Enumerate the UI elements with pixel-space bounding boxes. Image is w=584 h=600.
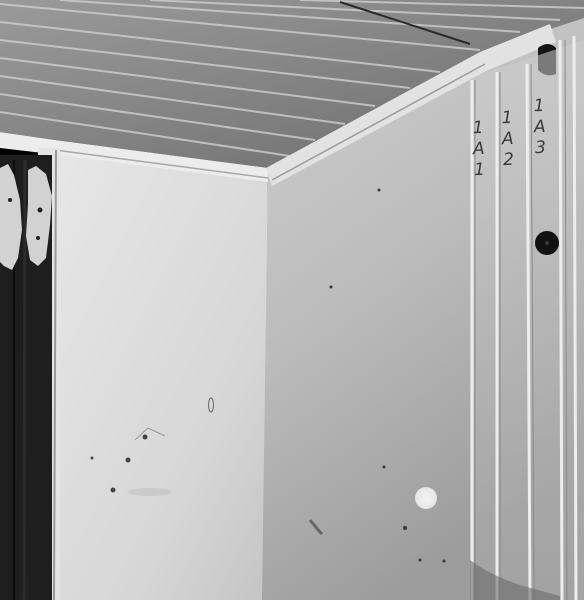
wall-label-char: 1: [501, 108, 513, 129]
wall-label-char: 1: [533, 96, 545, 117]
wall-label-1a2: 1 A 2: [501, 108, 515, 171]
wall-label-1a3: 1 A 3: [533, 96, 547, 159]
wall-label-1a1: 1 A 1: [472, 118, 486, 181]
wall-label-char: 1: [472, 118, 484, 139]
wall-label-char: A: [473, 139, 485, 160]
door: [0, 155, 52, 600]
wall-label-char: A: [502, 129, 514, 150]
wall-label-char: 2: [503, 150, 515, 171]
wall-label-char: 1: [474, 160, 486, 181]
room-corner-photo: [0, 0, 584, 600]
wall-panels: [470, 36, 584, 600]
wall-label-char: 3: [535, 138, 547, 159]
round-knob: [535, 231, 559, 255]
wall-label-char: A: [534, 117, 546, 138]
